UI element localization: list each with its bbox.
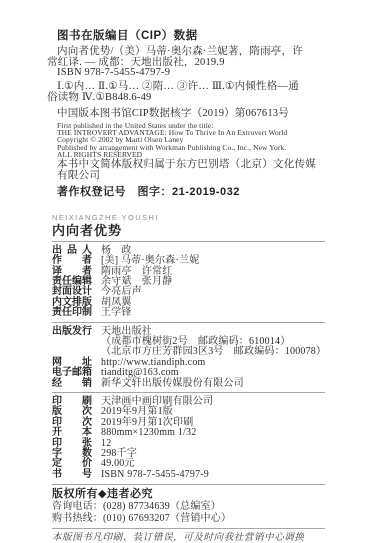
all-rights-reserved-line: ALL RIGHTS RESERVED [57, 151, 325, 158]
credit-row: 作者[美] 马蒂·奥尔森·兰妮 [52, 256, 325, 266]
cip-classification-line-2: 俗读物 Ⅳ.①B848.6-49 [47, 93, 325, 104]
format-value: 880mm×1230mm 1/32 [101, 428, 325, 438]
cip-heading: 图书在版编目（CIP）数据 [57, 30, 325, 42]
divider [52, 528, 325, 529]
credit-value: [美] 马蒂·奥尔森·兰妮 [101, 256, 325, 266]
credit-value: 今亮后声 [101, 287, 325, 297]
publishing-section: 出版发行天地出版社 （成都市槐树街2号 邮政编码：610014） （北京市方庄芳… [52, 327, 325, 389]
credit-row: 译者隋雨亭 许常红 [52, 267, 325, 277]
divider [52, 322, 325, 323]
book-title-pinyin: NEIXIANGZHE YOUSHI [52, 214, 325, 222]
copyright-notice-title: 版权所有◆违者必究 [52, 488, 325, 500]
credit-row: 责任印制王学锋 [52, 308, 325, 318]
book-copyright-page: 图书在版编目（CIP）数据 内向者优势/（美）马蒂·奥尔森·兰妮著，隋雨亭，许 … [0, 0, 375, 543]
email-value: tianditg@163.com [101, 368, 325, 378]
inquiry-phone-line: 咨询电话：(028) 87734639（总编室） [52, 502, 325, 512]
book-number-row: 书号ISBN 978-7-5455-4797-9 [52, 470, 325, 480]
divider [52, 392, 325, 393]
credit-label: 责任印制 [52, 308, 92, 318]
exchange-note: 本版图书凡印刷、装订错误，可及时向我社营销中心调换 [52, 533, 325, 543]
sheets-row: 印张12 [52, 439, 325, 449]
credit-row: 责任编辑余守斌 张月静 [52, 277, 325, 287]
copyright-registration-number: 著作权登记号 图字：21-2019-032 [57, 186, 325, 198]
publisher-label: 出版发行 [52, 327, 92, 337]
divider [52, 484, 325, 485]
credit-value: 胡凤翼 [101, 298, 325, 308]
isbn-line: ISBN 978-7-5455-4797-9 [47, 68, 325, 79]
cip-block: 图书在版编目（CIP）数据 内向者优势/（美）马蒂·奥尔森·兰妮著，隋雨亭，许 … [47, 30, 325, 119]
wordcount-row: 字数298千字 [52, 449, 325, 459]
cip-record-number: 中国版本图书馆CIP数据核字（2019）第067613号 [47, 109, 325, 120]
book-title: 内向者优势 [52, 224, 325, 238]
empty-label [52, 337, 92, 347]
distributor-label: 经销 [52, 379, 92, 389]
printing-section: 印刷天津画中画印刷有限公司 版次2019年9月第1版 印次2019年9月第1次印… [52, 397, 325, 480]
book-number-value: ISBN 978-7-5455-4797-9 [101, 470, 325, 480]
credit-row: 封面设计今亮后声 [52, 287, 325, 297]
distributor-row: 经销新华文轩出版传媒股份有限公司 [52, 379, 325, 389]
divider [52, 241, 325, 242]
copyright-notice-section: 版权所有◆违者必究 咨询电话：(028) 87734639（总编室） 购书热线：… [52, 488, 325, 524]
credit-row: 内文排版胡凤翼 [52, 298, 325, 308]
english-copyright-block: First published in the United States und… [57, 122, 325, 157]
book-title-block: NEIXIANGZHE YOUSHI 内向者优势 [52, 214, 325, 238]
format-row: 开本880mm×1230mm 1/32 [52, 428, 325, 438]
distributor-value: 新华文轩出版传媒股份有限公司 [101, 379, 325, 389]
email-row: 电子邮箱tianditg@163.com [52, 368, 325, 378]
book-number-label: 书号 [52, 470, 92, 480]
email-label: 电子邮箱 [52, 368, 92, 378]
website-row: 网址http://www.tiandiph.com [52, 358, 325, 368]
printer-row: 印刷天津画中画印刷有限公司 [52, 397, 325, 407]
credits-section: 出品人杨 政 作者[美] 马蒂·奥尔森·兰妮 译者隋雨亭 许常红 责任编辑余守斌… [52, 246, 325, 319]
credit-label: 作者 [52, 256, 92, 266]
order-hotline-line: 购书热线：(010) 67693207（营销中心） [52, 514, 325, 524]
chinese-rights-line: 本书中文简体版权归属于东方巴别塔（北京）文化传媒有限公司 [57, 159, 325, 181]
credit-value: 王学锋 [101, 308, 325, 318]
